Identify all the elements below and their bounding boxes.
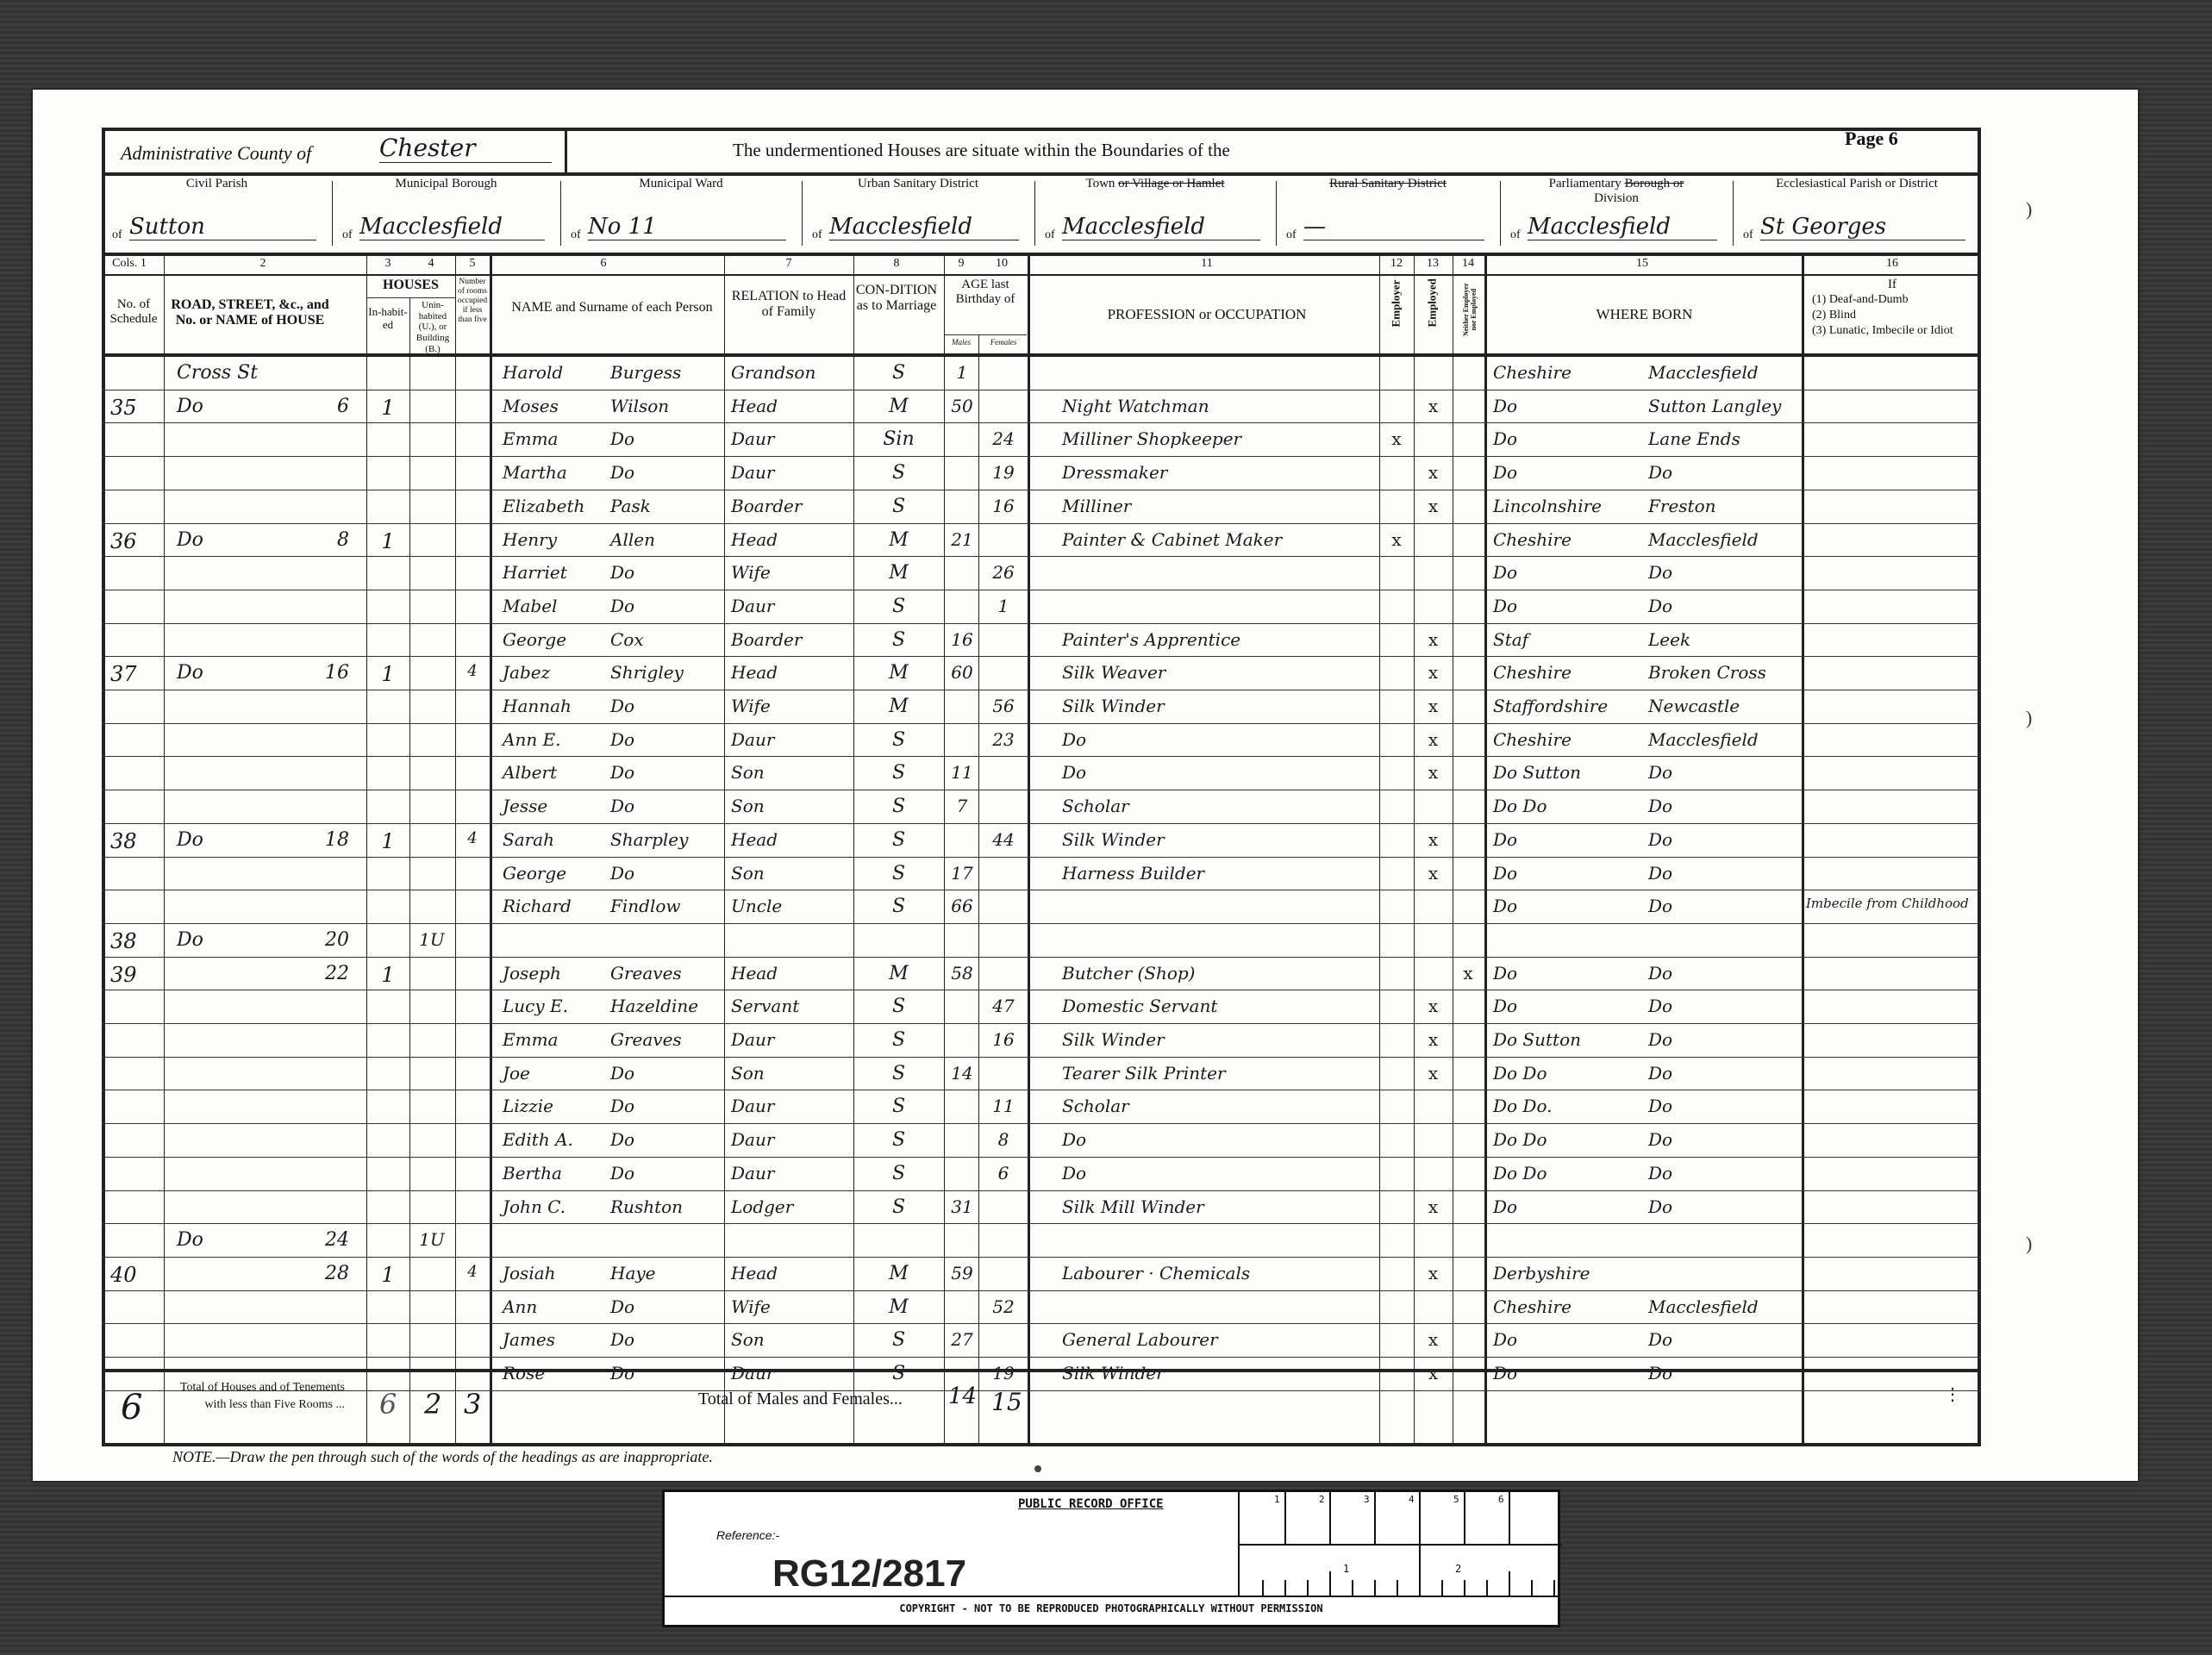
district-value-2: No 11 [588,214,786,240]
age-male: 16 [946,631,978,648]
ruler-cm-mark: 4 [1419,1492,1421,1544]
birthplace-county: Cheshire [1493,731,1640,748]
given-name: Emma [503,1031,615,1048]
age-female: 52 [980,1298,1027,1315]
marital-condition: M [858,531,940,550]
struck-label-part: Borough or [1625,177,1684,190]
ruler-cm-mark: 5 [1464,1492,1465,1544]
schedule-number: 38 [110,831,162,852]
ruler-label: 1 [1274,1494,1280,1505]
given-name: Jesse [503,797,615,815]
house-number: 8 [297,531,349,550]
divider [1276,181,1277,246]
ruler-tick [1262,1580,1264,1596]
birthplace-county: Do Do. [1493,1097,1640,1115]
age-male: 50 [946,397,978,415]
birthplace-county: Do Do [1493,1065,1640,1082]
relation-to-head: Head [731,831,852,848]
surname: Do [610,1298,722,1315]
birthplace-town: Do [1648,1131,1795,1148]
birthplace-town: Do [1648,1198,1795,1215]
birthplace-town: Newcastle [1648,697,1795,715]
birthplace-town: Macclesfield [1648,364,1795,381]
ruler-inch-scale: 12 [1240,1544,1562,1596]
heading-infirmity-2: (2) Blind [1812,309,1856,322]
given-name: Rose [503,1365,615,1382]
birthplace-town: Freston [1648,497,1795,515]
district-value-6: Macclesfield [1528,214,1717,240]
relation-to-head: Wife [731,697,852,715]
marital-condition: M [858,965,940,984]
age-male: 60 [946,664,978,681]
infirmity-note: Imbecile from Childhood [1806,897,1978,910]
row-rule [102,1057,1981,1058]
surname: Greaves [610,1031,722,1048]
row-rule [102,723,1981,724]
relation-to-head: Daur [731,430,852,447]
age-female: 19 [980,464,1027,481]
totals-divider [102,1369,1981,1372]
ruler-tick [1441,1580,1443,1596]
surname: Do [610,1097,722,1115]
surname: Do [610,1065,722,1082]
birthplace-county: Do Do [1493,1165,1640,1182]
page-number: Page 6 [1845,128,1898,150]
row-rule [102,990,1981,990]
slip-divider [665,1596,1558,1597]
total-persons-label: Total of Males and Females... [698,1390,903,1409]
punch-hole-mark: ) [2026,707,2032,729]
surname: Do [610,731,722,748]
age-male: 58 [946,965,978,982]
ruler-tick [1419,1544,1421,1596]
slip-reference-number: RG12/2817 [772,1552,966,1596]
given-name: Ann [503,1298,615,1315]
given-name: Bertha [503,1165,615,1182]
row-rule [102,390,1981,390]
age-male: 17 [946,865,978,882]
birthplace-county: Do [1493,965,1640,982]
marital-condition: S [858,1198,940,1217]
marital-condition: S [858,497,940,516]
road-name: Do [177,664,280,683]
birthplace-town: Do [1648,1365,1795,1382]
occupation: Dressmaker [1062,464,1372,481]
marital-condition: S [858,464,940,483]
relation-to-head: Wife [731,1298,852,1315]
age-female: 26 [980,564,1027,581]
house-number: 16 [297,664,349,683]
employed-mark: x [1418,831,1448,848]
surname: Do [610,597,722,615]
given-name: Sarah [503,831,615,848]
column-rule [1484,254,1487,1444]
surname: Do [610,797,722,815]
ruler-inch-label: 1 [1343,1563,1349,1575]
age-male: 59 [946,1265,978,1282]
house-number: 6 [297,397,349,416]
age-female: 1 [980,597,1027,615]
age-female: 6 [980,1165,1027,1182]
column-rule [455,254,456,1444]
column-rule [1414,254,1415,1444]
marital-condition: S [858,865,940,884]
birthplace-county: Cheshire [1493,1298,1640,1315]
birthplace-county: Lincolnshire [1493,497,1640,515]
relation-to-head: Daur [731,597,852,615]
district-label-3: Urban Sanitary District [802,177,1034,191]
district-label-1: Municipal Borough [332,177,560,191]
district-value-0: Sutton [129,214,316,240]
divider [560,181,561,246]
birthplace-town: Do [1648,1097,1795,1115]
column-rule [490,254,492,1444]
ruler-label: 6 [1498,1494,1504,1505]
birthplace-town: Macclesfield [1648,531,1795,548]
ruler-cm-mark: 2 [1329,1492,1331,1544]
divider [332,181,333,246]
ruler-label: 2 [1319,1494,1325,1505]
column-rule [944,254,945,1444]
occupation: Labourer · Chemicals [1062,1265,1372,1282]
birthplace-county: Do [1493,597,1640,615]
given-name: James [503,1331,615,1348]
row-rule [102,1290,1981,1291]
district-label-7: Ecclesiastical Parish or District [1733,177,1981,191]
surname: Allen [610,531,722,548]
divider [102,172,1981,176]
heading-where-born: WHERE BORN [1487,306,1802,323]
ruler-label: 4 [1409,1494,1415,1505]
row-rule [102,590,1981,590]
row-rule [102,1023,1981,1024]
of-prefix: of [1743,228,1753,242]
occupation: Silk Mill Winder [1062,1198,1372,1215]
row-rule [102,1190,1981,1191]
inhabited-count: 1 [371,1265,405,1285]
divider [802,181,803,246]
schedule-number: 40 [110,1265,162,1285]
occupation: Silk Winder [1062,1365,1372,1382]
birthplace-town: Leek [1648,631,1795,648]
marital-condition: S [858,364,940,383]
total-females: 15 [991,1388,1022,1416]
occupation: Silk Winder [1062,1031,1372,1048]
occupation: Night Watchman [1062,397,1372,415]
employed-mark: x [1418,1031,1448,1048]
divider [102,353,1981,357]
punch-hole-mark: ) [2026,198,2032,221]
occupation: Silk Weaver [1062,664,1372,681]
surname: Do [610,464,722,481]
of-prefix: of [1286,228,1297,242]
rooms-count: 4 [457,1265,488,1280]
ruler-cm-scale: 123456 [1240,1492,1562,1546]
punch-hole-mark: ) [2026,1233,2032,1255]
heading-schedule: No. of Schedule [103,297,164,328]
heading-occupation: PROFESSION or OCCUPATION [1034,306,1379,323]
relation-to-head: Daur [731,1097,852,1115]
relation-to-head: Daur [731,1365,852,1382]
heading-road: ROAD, STREET, &c., and No. or NAME of HO… [168,297,332,329]
employed-mark: x [1418,1331,1448,1348]
row-rule [102,1357,1981,1358]
given-name: Albert [503,764,615,781]
column-number: 8 [862,257,931,271]
birthplace-town: Do [1648,597,1795,615]
relation-to-head: Son [731,764,852,781]
punch-dot [1034,1465,1041,1472]
house-number: 24 [297,1231,349,1250]
marital-condition: S [858,731,940,750]
surname: Do [610,697,722,715]
ruler-tick [1486,1580,1488,1596]
ruler-tick [1531,1580,1533,1596]
heading-inhabited: In-habit-ed [368,306,408,332]
age-male: 7 [946,797,978,815]
surname: Cox [610,631,722,648]
inhabited-count: 1 [371,831,405,852]
column-number: 6 [569,257,638,271]
age-male: 27 [946,1331,978,1348]
age-female: 19 [980,1365,1027,1382]
row-rule [102,422,1981,423]
row-rule [102,1223,1981,1224]
birthplace-county: Do [1493,1365,1640,1382]
relation-to-head: Daur [731,464,852,481]
marital-condition: S [858,1097,940,1116]
total-schedules: 6 [121,1388,142,1427]
surname: Do [610,1131,722,1148]
divider [102,253,1981,256]
given-name: Richard [503,897,615,915]
uninhabited-count: 1U [411,931,453,948]
inhabited-count: 1 [371,531,405,552]
district-value-1: Macclesfield [359,214,545,240]
marital-condition: S [858,1165,940,1183]
employed-mark: x [1418,1198,1448,1215]
surname: Sharpley [610,831,722,848]
road-name: Do [177,831,280,850]
age-female: 11 [980,1097,1027,1115]
row-rule [102,857,1981,858]
marital-condition: S [858,997,940,1016]
birthplace-town: Do [1648,464,1795,481]
relation-to-head: Head [731,397,852,415]
relation-to-head: Daur [731,1131,852,1148]
district-value-5: — [1303,214,1484,240]
birthplace-town: Do [1648,1065,1795,1082]
age-male: 66 [946,897,978,915]
row-rule [102,456,1981,457]
inhabited-count: 1 [371,397,405,418]
surname: Do [610,1331,722,1348]
birthplace-county: Do [1493,564,1640,581]
column-number: 15 [1608,257,1677,271]
label-part: Division [1594,191,1639,205]
rooms-count: 4 [457,664,488,679]
schedule-number: 35 [110,397,162,418]
given-name: Mabel [503,597,615,615]
of-prefix: of [112,228,122,242]
occupation: Painter's Apprentice [1062,631,1372,648]
ruler-cm-mark: 3 [1374,1492,1376,1544]
birthplace-county: Do Sutton [1493,1031,1640,1048]
relation-to-head: Head [731,965,852,982]
surname: Do [610,430,722,447]
birthplace-county: Derbyshire [1493,1265,1640,1282]
birthplace-county: Do Do [1493,1131,1640,1148]
row-rule [102,923,1981,924]
column-rule [1453,254,1453,1444]
reference-slip: PUBLIC RECORD OFFICE Reference:- RG12/28… [662,1489,1560,1627]
birthplace-town: Do [1648,764,1795,781]
employed-mark: x [1418,764,1448,781]
house-number: 20 [297,931,349,950]
given-name: John C. [503,1198,615,1215]
row-rule [102,623,1981,624]
occupation: Butcher (Shop) [1062,965,1372,982]
column-number: Cols. 1 [95,257,164,271]
column-number: 5 [438,257,507,271]
age-female: 23 [980,731,1027,748]
ruler-tick [1329,1571,1331,1596]
birthplace-town: Do [1648,1165,1795,1182]
house-number: 28 [297,1265,349,1283]
marital-condition: M [858,664,940,683]
column-number: 2 [228,257,297,271]
ruler-tick [1397,1580,1398,1596]
given-name: Henry [503,531,615,548]
relation-to-head: Boarder [731,497,852,515]
row-rule [102,1123,1981,1124]
birthplace-town: Do [1648,865,1795,882]
birthplace-county: Do Do [1493,797,1640,815]
age-female: 8 [980,1131,1027,1148]
occupation: Milliner [1062,497,1372,515]
slip-copyright: COPYRIGHT - NOT TO BE REPRODUCED PHOTOGR… [665,1602,1558,1614]
column-number: 11 [1172,257,1241,271]
heading-condition: CON-DITION as to Marriage [853,283,940,315]
employed-mark: x [1418,1065,1448,1082]
relation-to-head: Daur [731,731,852,748]
employer-mark: x [1384,430,1409,447]
given-name: Josiah [503,1265,615,1282]
ruler-tick [1374,1580,1376,1596]
column-rule [1028,254,1030,1444]
row-rule [102,1323,1981,1324]
ruler-tick [1352,1580,1353,1596]
marital-condition: S [858,631,940,650]
birthplace-town: Do [1648,1331,1795,1348]
surname: Do [610,1165,722,1182]
ruler-tick [1284,1580,1286,1596]
birthplace-county: Cheshire [1493,531,1640,548]
birthplace-town: Macclesfield [1648,1298,1795,1315]
heading-uninhabited: Unin-habited (U.), or Building (B.) [411,300,454,354]
surname: Greaves [610,965,722,982]
heading-infirmity-3: (3) Lunatic, Imbecile or Idiot [1812,324,1976,338]
divider [1733,181,1734,246]
age-female: 47 [980,997,1027,1015]
marital-condition: M [858,564,940,583]
road-name: Do [177,1231,280,1250]
occupation: General Labourer [1062,1331,1372,1348]
birthplace-town: Do [1648,797,1795,815]
row-rule [102,756,1981,757]
marital-condition: M [858,697,940,716]
struck-label-part: Rural Sanitary District [1329,177,1447,190]
surname: Do [610,865,722,882]
rooms-count: 4 [457,831,488,846]
occupation: Do [1062,1165,1372,1182]
total-inhabited: 6 [379,1388,397,1421]
employed-mark: x [1418,464,1448,481]
given-name: Ann E. [503,731,615,748]
age-male: 1 [946,364,978,381]
surname: Wilson [610,397,722,415]
column-rule [1802,254,1804,1444]
age-male: 21 [946,531,978,548]
schedule-number: 36 [110,531,162,552]
heading-relation: RELATION to Head of Family [728,289,849,321]
relation-to-head: Son [731,797,852,815]
occupation: Silk Winder [1062,697,1372,715]
district-value-4: Macclesfield [1062,214,1260,240]
employer-mark: x [1384,531,1409,548]
relation-to-head: Lodger [731,1198,852,1215]
birthplace-town: Sutton Langley [1648,397,1795,415]
marital-condition: S [858,1331,940,1350]
row-rule [102,656,1981,657]
struck-label-part: or Village or Hamlet [1118,177,1224,190]
given-name: George [503,865,615,882]
schedule-number: 38 [110,931,162,952]
inhabited-count: 1 [371,664,405,684]
marital-condition: M [858,1298,940,1317]
house-number: 18 [297,831,349,850]
heading-age: AGE last Birthday of [946,278,1025,308]
given-name: Edith A. [503,1131,615,1148]
heading-females: Females [980,338,1027,347]
birthplace-county: Do [1493,1331,1640,1348]
employed-mark: x [1418,664,1448,681]
occupation: Silk Winder [1062,831,1372,848]
relation-to-head: Grandson [731,364,852,381]
total-rooms: 3 [464,1388,481,1421]
district-value-7: St Georges [1760,214,1965,240]
column-rule [164,254,165,1444]
row-rule [102,1090,1981,1090]
birthplace-town: Do [1648,965,1795,982]
birthplace-county: Staffordshire [1493,697,1640,715]
column-rule [724,254,725,1444]
relation-to-head: Uncle [731,897,852,915]
employed-mark: x [1418,731,1448,748]
district-label-0: Civil Parish [102,177,332,191]
birthplace-town: Do [1648,564,1795,581]
birthplace-town: Broken Cross [1648,664,1795,681]
ruler-tick [1509,1571,1510,1596]
age-female: 56 [980,697,1027,715]
divider [944,334,1027,335]
surname: Rushton [610,1198,722,1215]
heading-males: Males [944,338,978,347]
given-name: Joseph [503,965,615,982]
marital-condition: Sin [858,430,940,449]
age-female: 16 [980,497,1027,515]
birthplace-county: Staf [1493,631,1640,648]
